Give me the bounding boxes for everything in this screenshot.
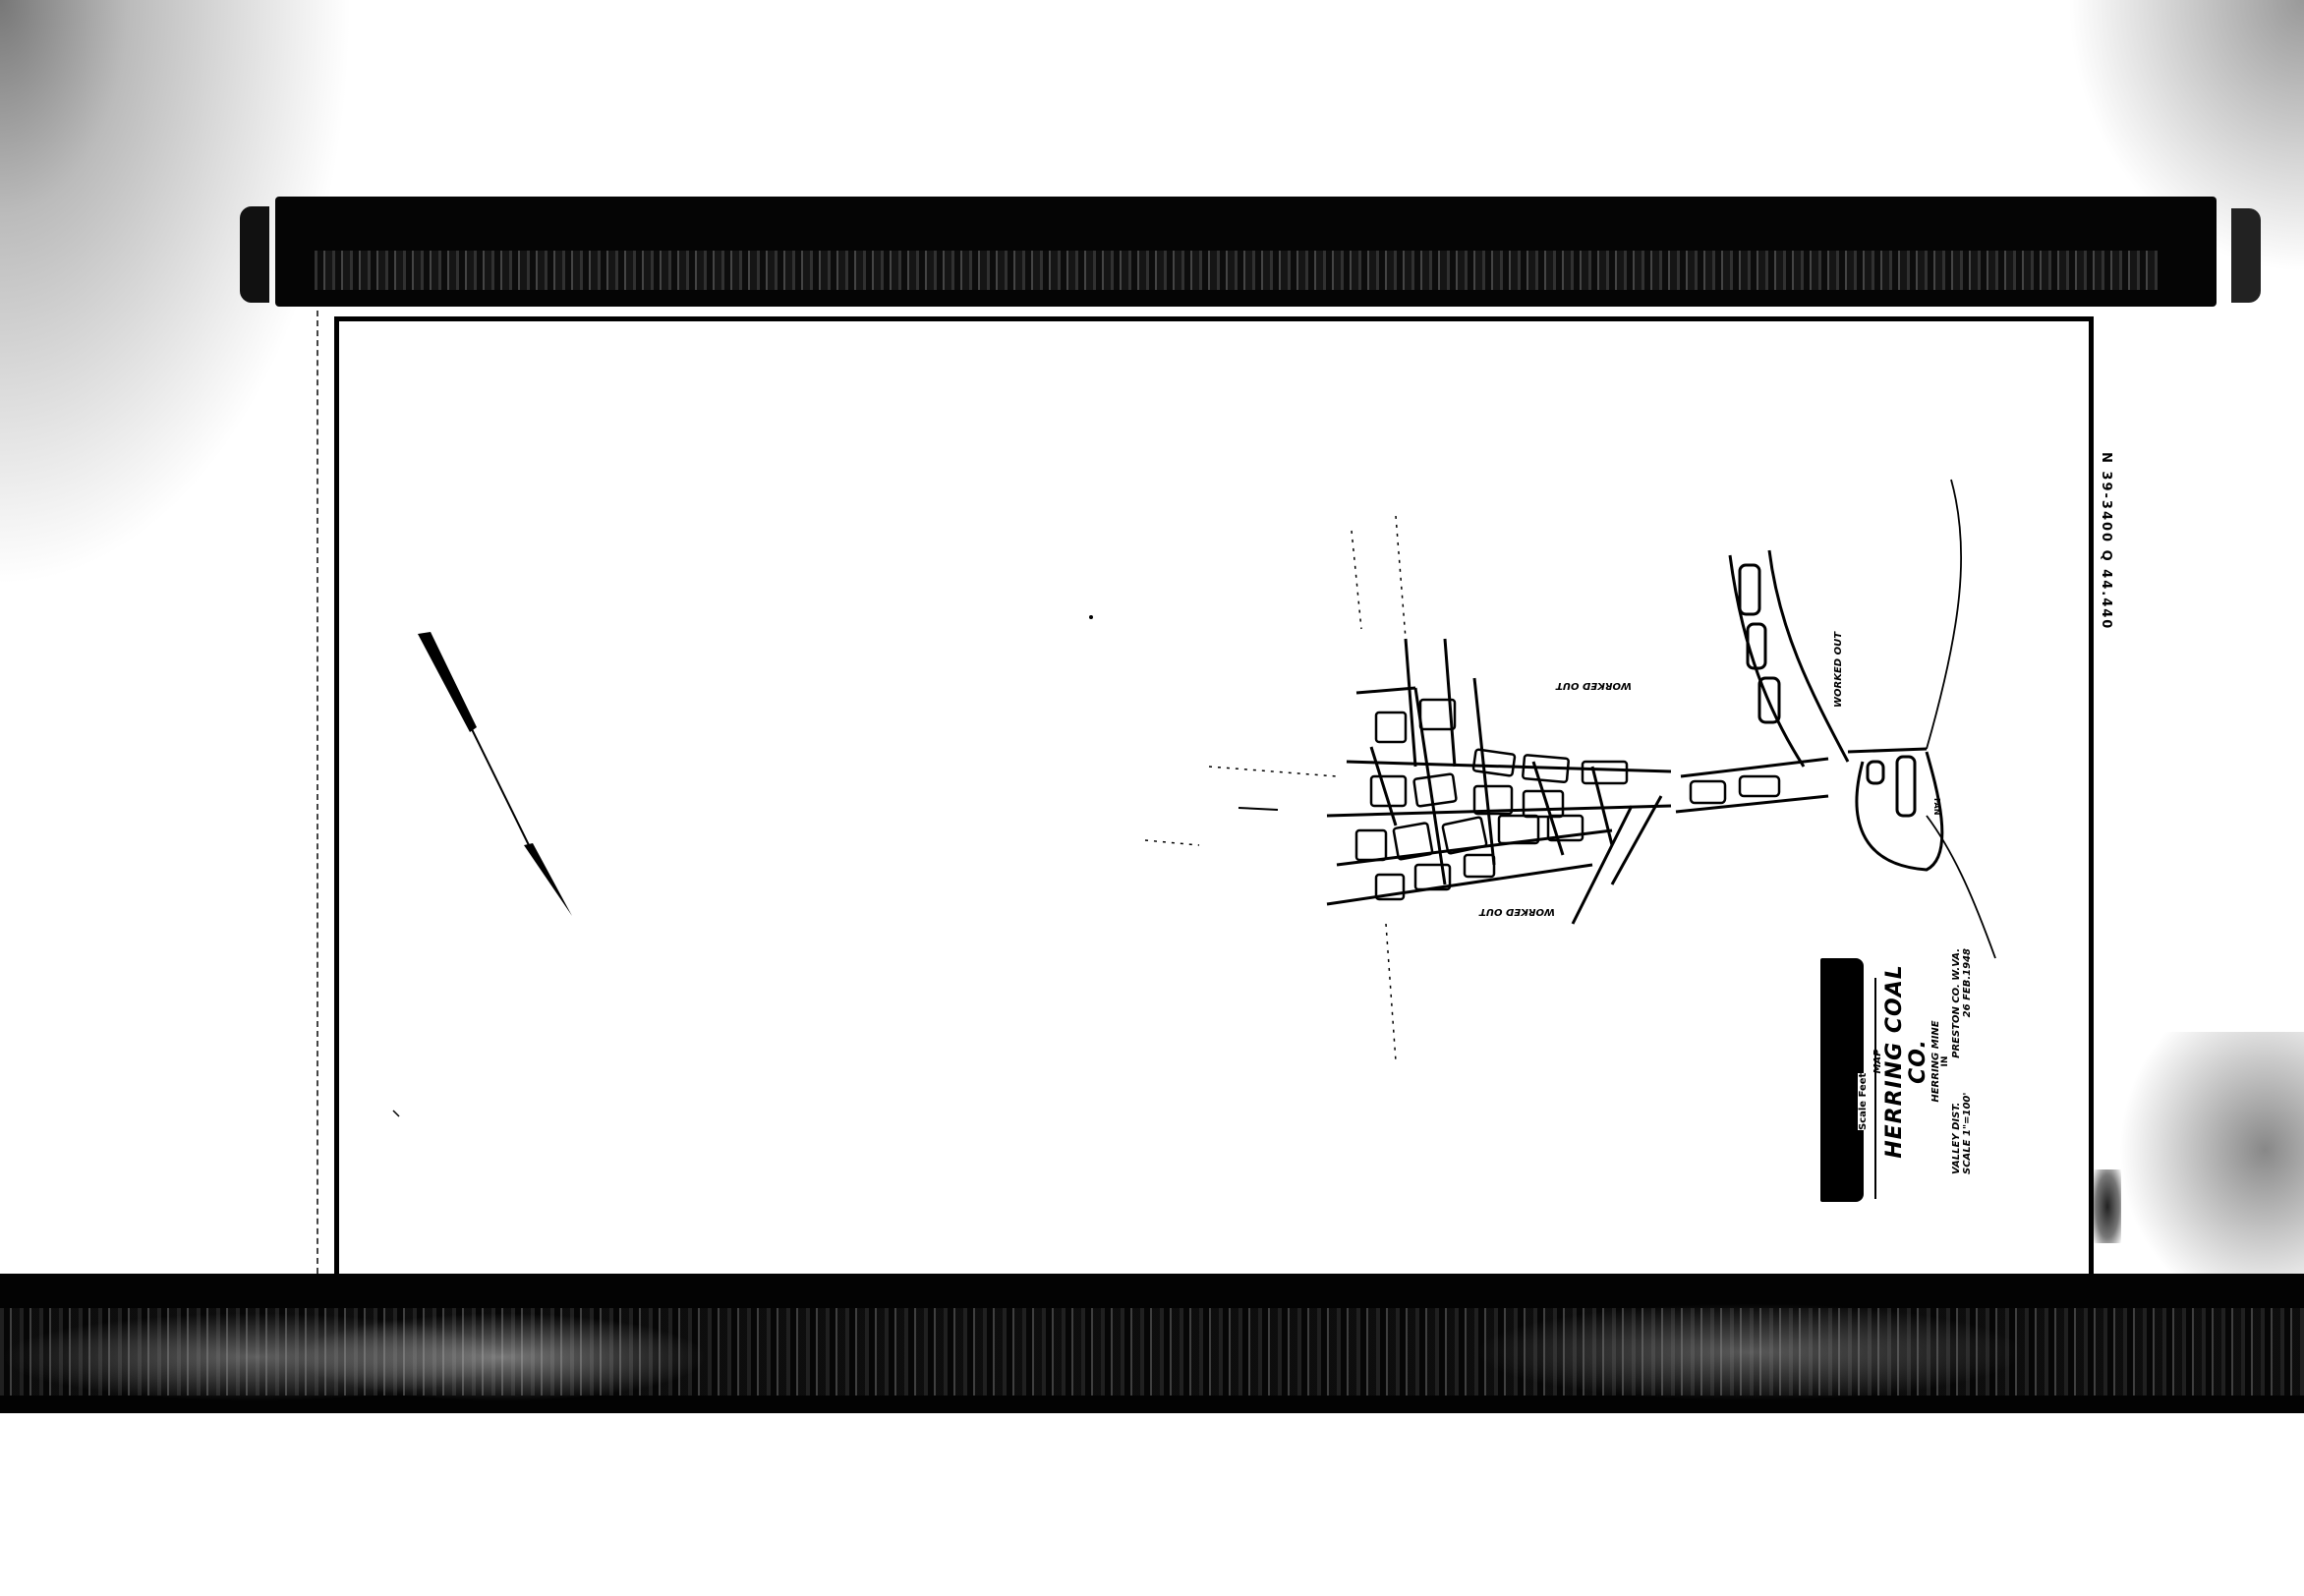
title-district: VALLEY DIST.	[1951, 1103, 1962, 1174]
label-worked-out-right: WORKED OUT	[1833, 632, 1844, 708]
north-arrow-icon	[418, 632, 572, 916]
roller-bottom	[0, 1274, 2304, 1413]
title-location-row: VALLEY DIST. PRESTON CO. W.VA.	[1951, 948, 1962, 1174]
title-in: IN	[1941, 948, 1951, 1174]
label-worked-out-lower: WORKED OUT	[1479, 906, 1555, 917]
title-block: MAP HERRING COAL CO. HERRING MINE IN VAL…	[1872, 948, 1973, 1174]
margin-id: N 39-3400 Q 44.440	[2099, 452, 2113, 630]
title-date: 26 FEB.1948	[1962, 948, 1973, 1017]
corner-stamp	[2094, 1169, 2121, 1243]
label-fan: FAN	[1932, 798, 1941, 815]
title-scale-row: SCALE 1"=100' 26 FEB.1948	[1962, 948, 1973, 1174]
title-county-state: PRESTON CO. W.VA.	[1951, 948, 1962, 1058]
title-company: HERRING COAL CO.	[1883, 948, 1930, 1174]
label-worked-out-upper: WORKED OUT	[1556, 680, 1632, 691]
scale-bar-label: Scale Feet	[1858, 1073, 1869, 1130]
title-scale: SCALE 1"=100'	[1962, 1093, 1973, 1174]
